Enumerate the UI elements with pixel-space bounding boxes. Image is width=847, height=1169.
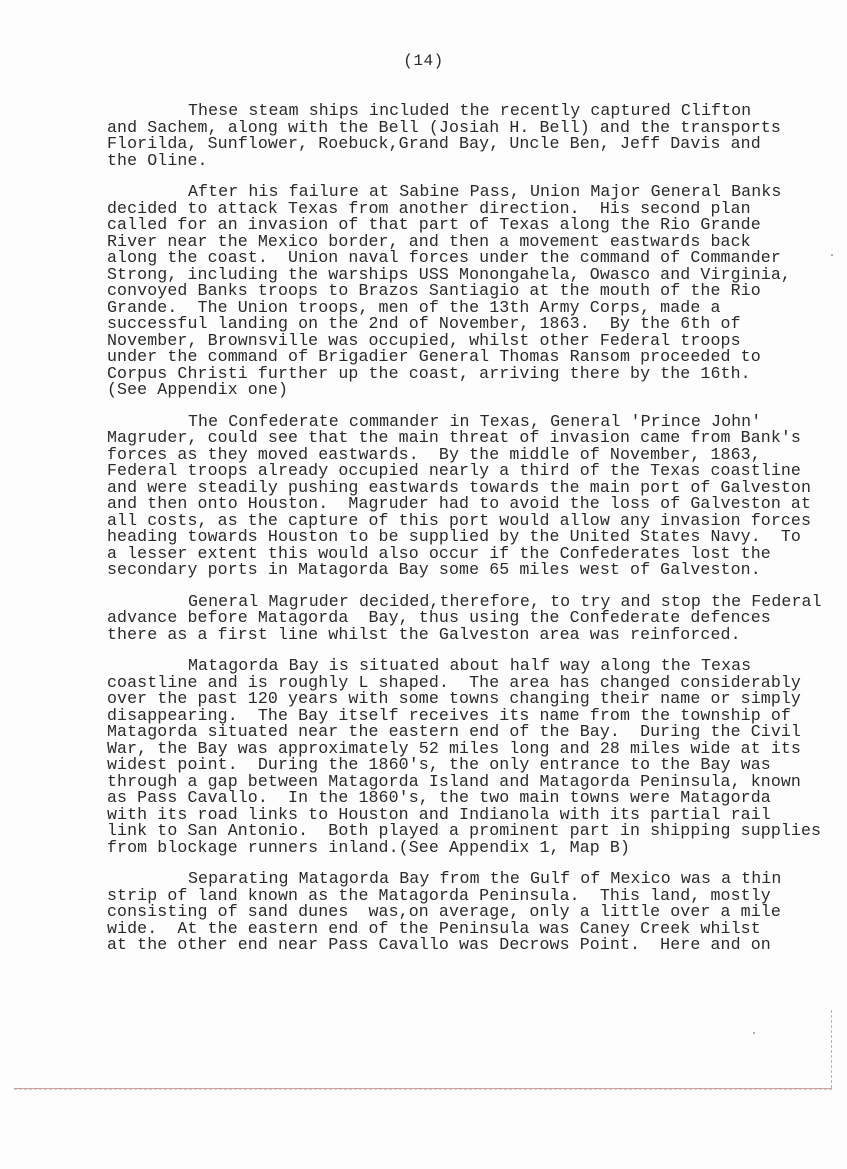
document-body: These steam ships included the recently … — [107, 103, 837, 969]
text-line: Florilda, Sunflower, Roebuck,Grand Bay, … — [107, 136, 837, 153]
scan-speck — [831, 254, 833, 256]
text-line: there as a first line whilst the Galvest… — [107, 627, 837, 644]
paragraph: These steam ships included the recently … — [107, 103, 837, 169]
text-line: the Oline. — [107, 153, 837, 170]
paragraph: After his failure at Sabine Pass, Union … — [107, 184, 837, 399]
text-line: (See Appendix one) — [107, 382, 837, 399]
paragraph: Matagorda Bay is situated about half way… — [107, 658, 837, 856]
page-bottom-rule — [14, 1088, 832, 1089]
page-right-edge — [831, 1010, 832, 1088]
paragraph: General Magruder decided,therefore, to t… — [107, 594, 837, 644]
page-number: (14) — [0, 52, 847, 70]
text-line: at the other end near Pass Cavallo was D… — [107, 937, 837, 954]
paragraph: The Confederate commander in Texas, Gene… — [107, 414, 837, 579]
text-line: from blockage runners inland.(See Append… — [107, 840, 837, 857]
paragraph: Separating Matagorda Bay from the Gulf o… — [107, 871, 837, 954]
scan-speck — [753, 1032, 755, 1034]
text-line: secondary ports in Matagorda Bay some 65… — [107, 562, 837, 579]
